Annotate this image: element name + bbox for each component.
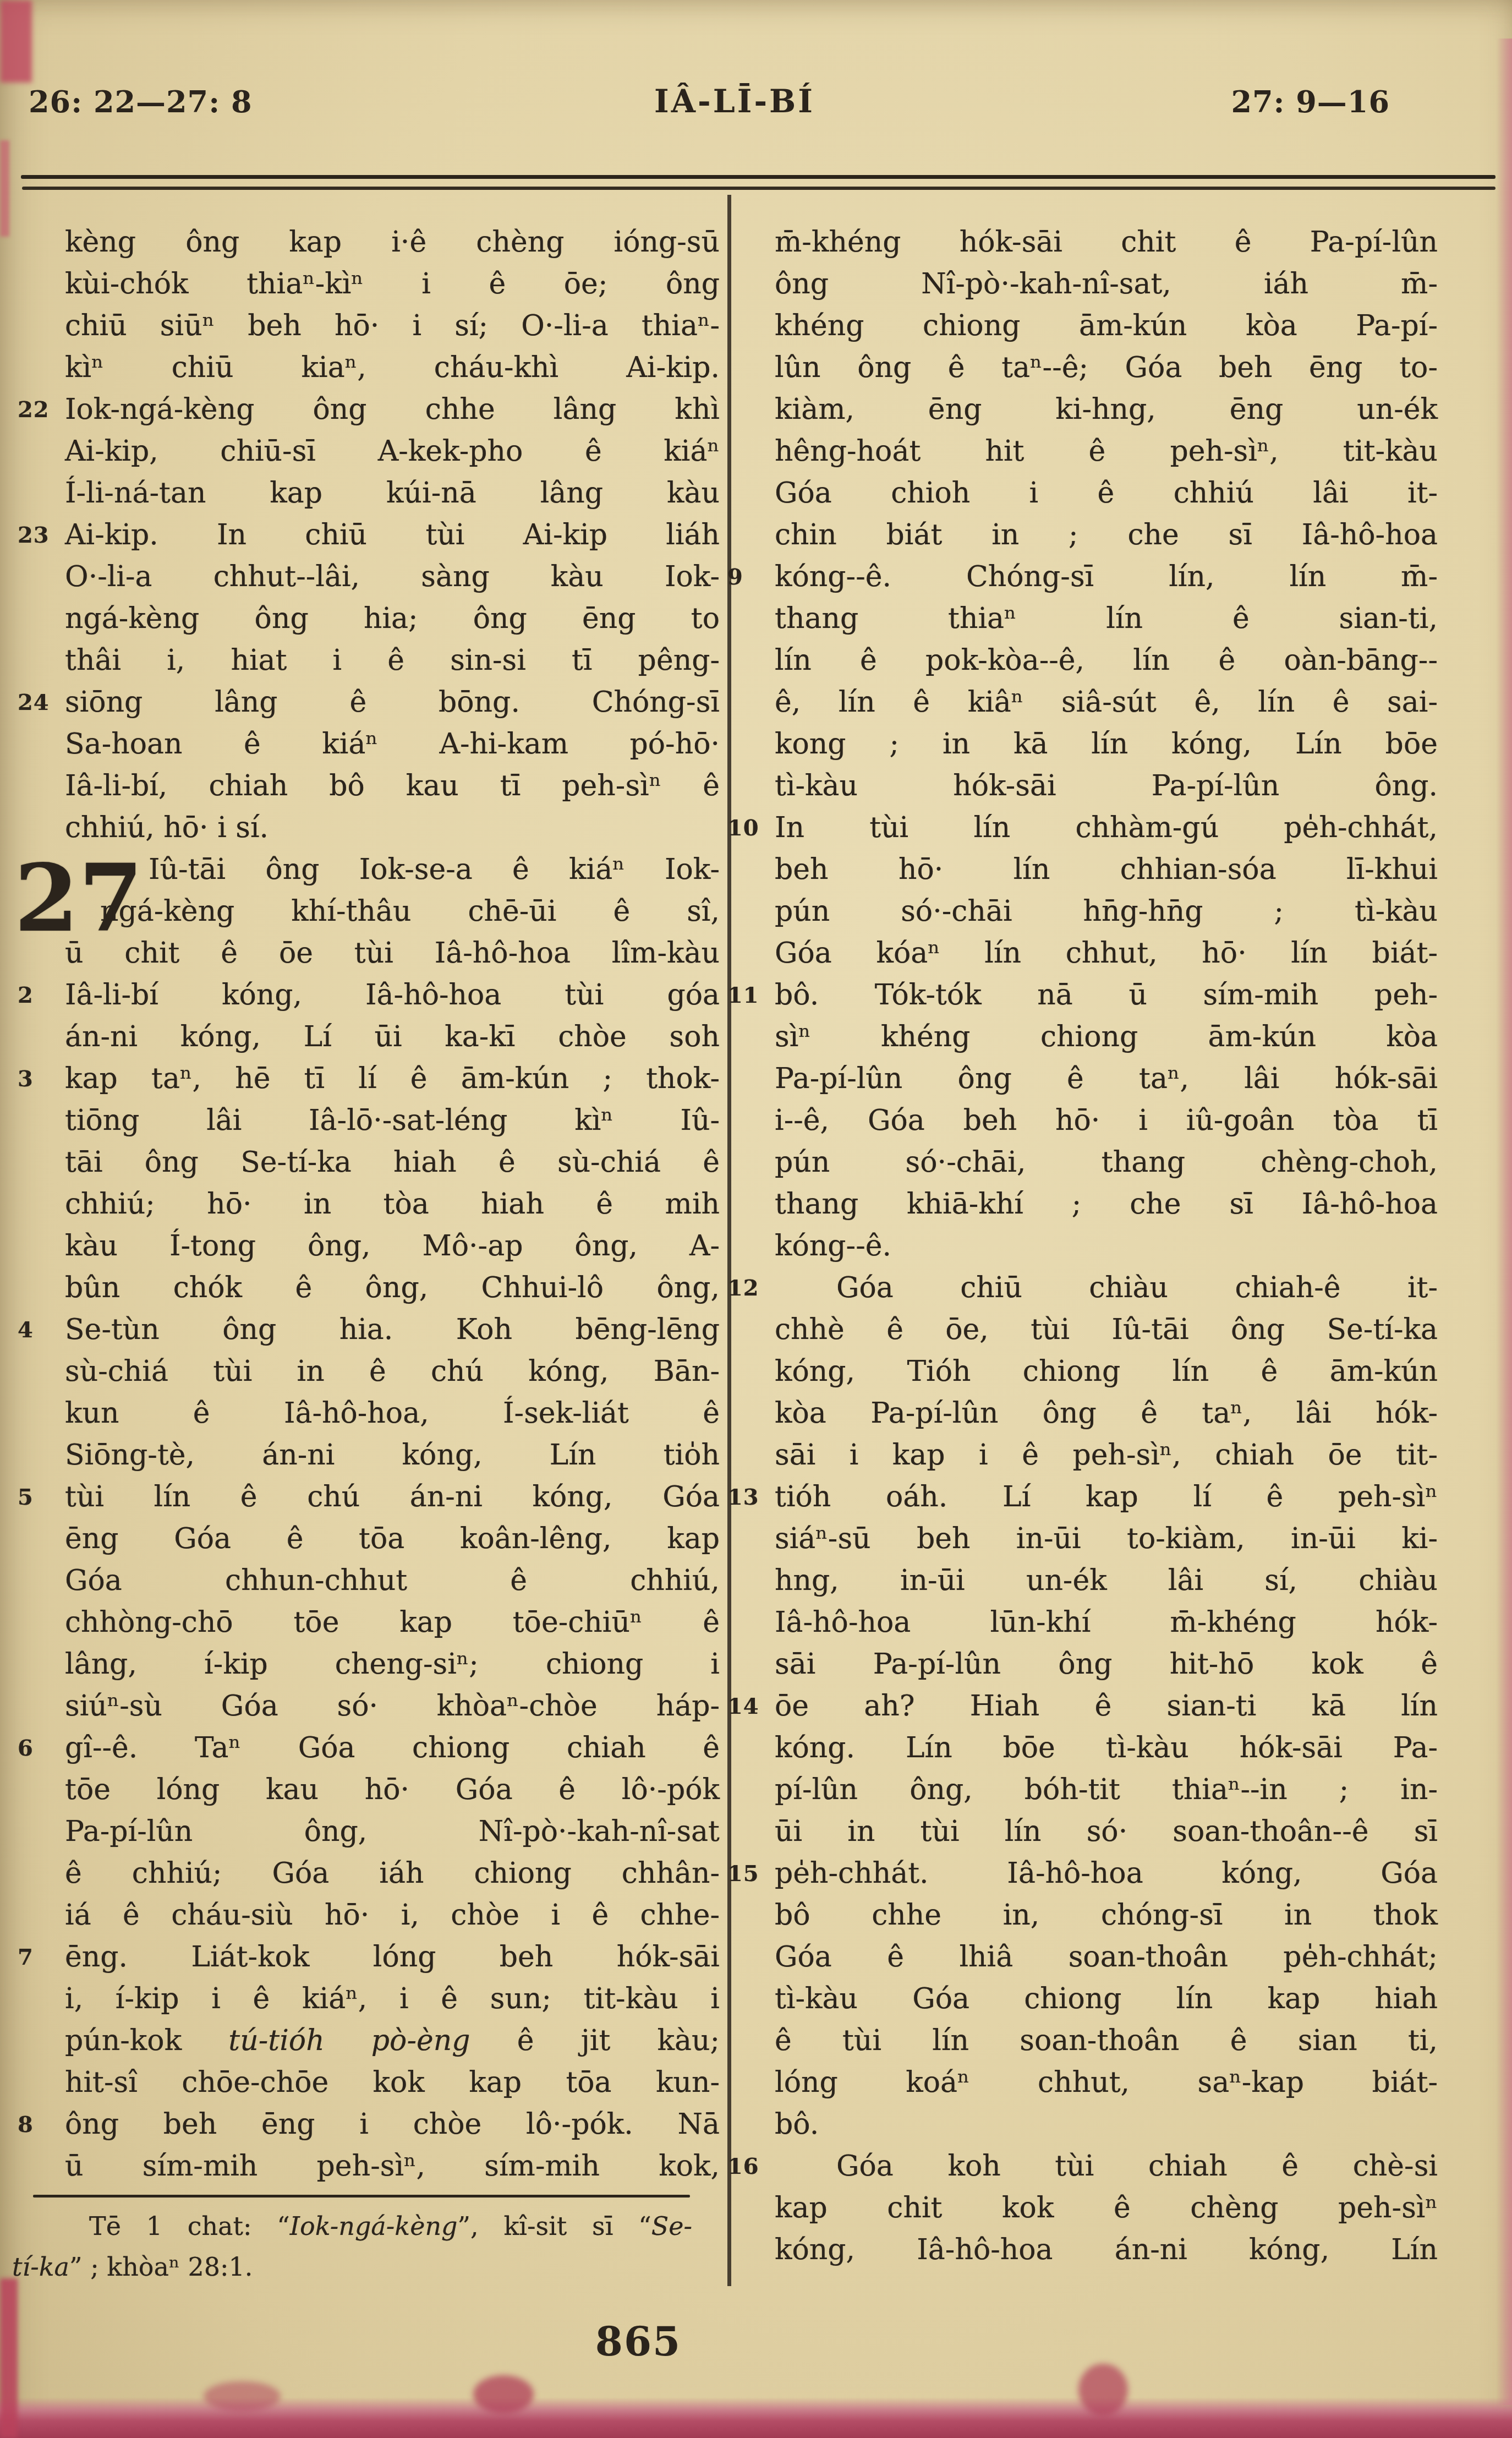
header-rule-bottom <box>22 187 1495 190</box>
text-line: kùi-chók thiaⁿ-kìⁿ i ê ōe; ông <box>65 263 720 305</box>
text-line: O·-li-a chhut--lâi, sàng kàu Iok- <box>65 556 720 598</box>
text-line: pe̍h-chhát. Iâ-hô-hoa kóng, Góa15 <box>775 1852 1438 1894</box>
verse-number: 13 <box>727 1479 767 1516</box>
text-line: lín ê pok-kòa--ê, lín ê oàn-bāng-- <box>775 639 1438 681</box>
page-edge-tint-left <box>0 140 9 237</box>
text-line: pí-lûn ông, bóh-tit thiaⁿ--in ; in- <box>775 1769 1438 1811</box>
text-line: beh hō· lín chhian-sóa lī-khui <box>775 849 1438 890</box>
text-line: ông Nî-pò·-kah-nî-sat, iáh m̄- <box>775 263 1438 305</box>
text-line: m̄-khéng hók-sāi chit ê Pa-pí-lûn <box>775 221 1438 263</box>
verse-number: 2 <box>18 977 57 1014</box>
text-line: Iâ-li-bí, chiah bô kau tī peh-sìⁿ ê <box>65 765 720 807</box>
text-line: ūi in tùi lín só· soan-thoân--ê sī <box>775 1811 1438 1852</box>
verse-number: 16 <box>727 2149 767 2185</box>
header-right-verse-reference: 27: 9—16 <box>1231 83 1390 121</box>
verse-number: 6 <box>18 1730 57 1767</box>
text-line: tí-ka” ; khòaⁿ 28:1. <box>12 2246 692 2287</box>
text-line: bûn chók ê ông, Chhui-lô ông, <box>65 1267 720 1309</box>
text-line: Góa chiū chiàu chiah-ê it-12 <box>775 1267 1438 1309</box>
column-divider-rule <box>727 195 731 2286</box>
text-line: kìⁿ chiū kiaⁿ, cháu-khì Ai-kip. <box>65 347 720 389</box>
text-line: lâng, í-kip cheng-siⁿ; chiong i <box>65 1643 720 1685</box>
text-line: iá ê cháu-siù hō· i, chòe i ê chhe- <box>65 1894 720 1936</box>
text-line: bô chhe in, chóng-sī in thok <box>775 1894 1438 1936</box>
text-line: pún só·-chāi hn̄g-hn̄g ; tì-kàu <box>775 890 1438 932</box>
text-line: Iâ-li-bí kóng, Iâ-hô-hoa tùi góa2 <box>65 974 720 1016</box>
text-line: ēng. Liát-kok lóng beh hók-sāi7 <box>65 1936 720 1978</box>
book-title: IÂ-LĪ-BÍ <box>578 83 891 121</box>
text-line: khéng chiong ām-kún kòa Pa-pí- <box>775 305 1438 347</box>
text-line: chhòng-chō tōe kap tōe-chiūⁿ ê <box>65 1601 720 1643</box>
text-line: kóng--ê. Chóng-sī lín, lín m̄-9 <box>775 556 1438 598</box>
text-line: Sa-hoan ê kiáⁿ A-hi-kam pó-hō· <box>65 723 720 765</box>
text-line: hit-sî chōe-chōe kok kap tōa kun- <box>65 2062 720 2103</box>
text-line: tì-kàu hók-sāi Pa-pí-lûn ông. <box>775 765 1438 807</box>
text-line: ngá-kèng ông hia; ông ēng to <box>65 598 720 639</box>
text-line: sāi i kap i ê peh-sìⁿ, chiah ōe tit- <box>775 1434 1438 1476</box>
text-line: ê tùi lín soan-thoân ê sian ti, <box>775 2020 1438 2062</box>
verse-number: 12 <box>727 1270 767 1307</box>
text-line: kóng, Iâ-hô-hoa án-ni kóng, Lín <box>775 2229 1438 2271</box>
text-line: In tùi lín chhàm-gú pe̍h-chhát,10 <box>775 807 1438 849</box>
text-line: Góa chhun-chhut ê chhiú, <box>65 1560 720 1601</box>
page-edge-tint-right <box>1497 39 1512 2405</box>
text-line: hêng-hoát hit ê peh-sìⁿ, tit-kàu <box>775 430 1438 472</box>
text-line: kiàm, ēng ki-hng, ēng un-ék <box>775 389 1438 430</box>
text-line: kong ; in kā lín kóng, Lín bōe <box>775 723 1438 765</box>
text-line: pún-kok tú-tióh pò-èng ê jit kàu; <box>65 2020 720 2062</box>
text-line: ēng Góa ê tōa koân-lêng, kap <box>65 1518 720 1560</box>
text-line: chin biát in ; che sī Iâ-hô-hoa <box>775 514 1438 556</box>
text-line: Ai-kip. In chiū tùi Ai-kip liáh23 <box>65 514 720 556</box>
text-line: Se-tùn ông hia. Koh bēng-lēng4 <box>65 1309 720 1351</box>
text-line: siúⁿ-sù Góa só· khòaⁿ-chòe háp- <box>65 1685 720 1727</box>
page-edge-tint-top-left <box>0 0 32 83</box>
text-line: sìⁿ khéng chiong ām-kún kòa <box>775 1016 1438 1058</box>
text-line: Tē 1 chat: “Iok-ngá-kèng”, kî-sit sī “Se… <box>12 2206 692 2246</box>
text-line: siōng lâng ê bōng. Chóng-sī24 <box>65 681 720 723</box>
text-line: i--ê, Góa beh hō· i iû-goân tòa tī <box>775 1100 1438 1141</box>
text-line: thâi i, hiat i ê sin-si tī pêng- <box>65 639 720 681</box>
left-column: kèng ông kap i·ê chèng ióng-sūkùi-chók t… <box>65 221 720 2187</box>
header-rule-top <box>21 175 1495 179</box>
text-line: siáⁿ-sū beh in-ūi to-kiàm, in-ūi ki- <box>775 1518 1438 1560</box>
text-line: bô. <box>775 2103 1438 2145</box>
text-line: kóng, Tióh chiong lín ê ām-kún <box>775 1351 1438 1392</box>
text-line: Góa chioh i ê chhiú lâi it- <box>775 472 1438 514</box>
text-line: chhiú; hō· in tòa hiah ê mih <box>65 1183 720 1225</box>
text-line: Pa-pí-lûn ông, Nî-pò·-kah-nî-sat <box>65 1811 720 1852</box>
text-line: chiū siūⁿ beh hō· i sí; O·-li-a thiaⁿ- <box>65 305 720 347</box>
text-line: Siōng-tè, án-ni kóng, Lín tio̍h <box>65 1434 720 1476</box>
text-line: ū sím-mih peh-sìⁿ, sím-mih kok, <box>65 2145 720 2187</box>
text-line: tōe lóng kau hō· Góa ê lô·-pók <box>65 1769 720 1811</box>
text-line: lûn ông ê taⁿ--ê; Góa beh ēng to- <box>775 347 1438 389</box>
text-line: kap taⁿ, hē tī lí ê ām-kún ; thok-3 <box>65 1058 720 1100</box>
text-line: ōe ah? Hiah ê sian-ti kā lín14 <box>775 1685 1438 1727</box>
text-line: Ai-kip, chiū-sī A-kek-pho ê kiáⁿ <box>65 430 720 472</box>
text-line: kóng--ê. <box>775 1225 1438 1267</box>
verse-number: 3 <box>18 1061 57 1097</box>
text-line: kun ê Iâ-hô-hoa, Í-sek-liát ê <box>65 1392 720 1434</box>
text-line: hng, in-ūi un-ék lâi sí, chiàu <box>775 1560 1438 1601</box>
scanned-book-page: { "page": { "header": { "left_ref": "26:… <box>0 0 1512 2438</box>
text-line: ông beh ēng i chòe lô·-pók. Nā8 <box>65 2103 720 2145</box>
text-line: thang thiaⁿ lín ê sian-ti, <box>775 598 1438 639</box>
text-line: thang khiā-khí ; che sī Iâ-hô-hoa <box>775 1183 1438 1225</box>
page-edge-tint-blob <box>473 2375 534 2414</box>
text-line: Góa ê lhiâ soan-thoân pe̍h-chhát; <box>775 1936 1438 1978</box>
text-line: tāi ông Se-tí-ka hiah ê sù-chiá ê <box>65 1141 720 1183</box>
text-line: pún só·-chāi, thang chèng-choh, <box>775 1141 1438 1183</box>
verse-number: 24 <box>18 685 57 721</box>
text-line: sù-chiá tùi in ê chú kóng, Bān- <box>65 1351 720 1392</box>
text-line: chhiú, hō· i sí. <box>65 807 720 849</box>
verse-number: 14 <box>727 1688 767 1725</box>
text-line: Iok-ngá-kèng ông chhe lâng khì22 <box>65 389 720 430</box>
footnote-rule <box>33 2195 690 2198</box>
page-edge-tint-bottom-left <box>0 2278 18 2438</box>
text-line: kèng ông kap i·ê chèng ióng-sū <box>65 221 720 263</box>
verse-number: 9 <box>727 559 767 595</box>
text-line: bô. Tók-tók nā ū sím-mih peh-11 <box>775 974 1438 1016</box>
text-line: kap chit kok ê chèng peh-sìⁿ <box>775 2187 1438 2229</box>
text-line: tùi lín ê chú án-ni kóng, Góa5 <box>65 1476 720 1518</box>
footnote: Tē 1 chat: “Iok-ngá-kèng”, kî-sit sī “Se… <box>12 2206 692 2287</box>
verse-number: 11 <box>727 977 767 1014</box>
text-line: kàu Í-tong ông, Mô·-ap ông, A- <box>65 1225 720 1267</box>
right-column: m̄-khéng hók-sāi chit ê Pa-pí-lûnông Nî-… <box>775 221 1438 2271</box>
verse-number: 23 <box>18 517 57 554</box>
text-line: sāi Pa-pí-lûn ông hit-hō kok ê <box>775 1643 1438 1685</box>
header-left-verse-reference: 26: 22—27: 8 <box>29 83 252 121</box>
verse-number: 10 <box>727 810 767 846</box>
text-line: ū chit ê ōe tùi Iâ-hô-hoa lîm-kàu <box>65 932 720 974</box>
text-line: ê, lín ê kiâⁿ siâ-sút ê, lín ê sai- <box>775 681 1438 723</box>
text-line: tióh oáh. Lí kap lí ê peh-sìⁿ13 <box>775 1476 1438 1518</box>
text-line: kòa Pa-pí-lûn ông ê taⁿ, lâi hók- <box>775 1392 1438 1434</box>
text-line: Pa-pí-lûn ông ê taⁿ, lâi hók-sāi <box>775 1058 1438 1100</box>
text-line: lóng koáⁿ chhut, saⁿ-kap biát- <box>775 2062 1438 2103</box>
text-line: Iâ-hô-hoa lūn-khí m̄-khéng hók- <box>775 1601 1438 1643</box>
verse-number: 15 <box>727 1856 767 1892</box>
text-line: i, í-kip i ê kiáⁿ, i ê sun; tit-kàu i <box>65 1978 720 2020</box>
text-line: gî--ê. Taⁿ Góa chiong chiah ê6 <box>65 1727 720 1769</box>
page-number: 865 <box>556 2318 721 2365</box>
verse-number: 7 <box>18 1939 57 1976</box>
text-line: Í-li-ná-tan kap kúi-nā lâng kàu <box>65 472 720 514</box>
verse-number: 22 <box>18 392 57 428</box>
verse-number: 4 <box>18 1312 57 1348</box>
text-line: kóng. Lín bōe tì-kàu hók-sāi Pa- <box>775 1727 1438 1769</box>
verse-number: 5 <box>18 1479 57 1516</box>
text-line: án-ni kóng, Lí ūi ka-kī chòe soh <box>65 1016 720 1058</box>
text-line: Góa kóaⁿ lín chhut, hō· lín biát- <box>775 932 1438 974</box>
page-edge-tint-blob <box>204 2381 281 2412</box>
page-edge-tint-blob <box>1078 2364 1128 2416</box>
text-line: Góa koh tùi chiah ê chè-si16 <box>775 2145 1438 2187</box>
text-line: ê chhiú; Góa iáh chiong chhân- <box>65 1852 720 1894</box>
verse-number: 8 <box>18 2107 57 2143</box>
text-line: chhè ê ōe, tùi Iû-tāi ông Se-tí-ka <box>775 1309 1438 1351</box>
text-line: Iû-tāi ông Iok-se-a ê kiáⁿ Iok- <box>65 849 720 890</box>
text-line: ngá-kèng khí-thâu chē-ūi ê sî, <box>65 890 720 932</box>
text-line: tiōng lâi Iâ-lō·-sat-léng kìⁿ Iû- <box>65 1100 720 1141</box>
text-line: tì-kàu Góa chiong lín kap hiah <box>775 1978 1438 2020</box>
